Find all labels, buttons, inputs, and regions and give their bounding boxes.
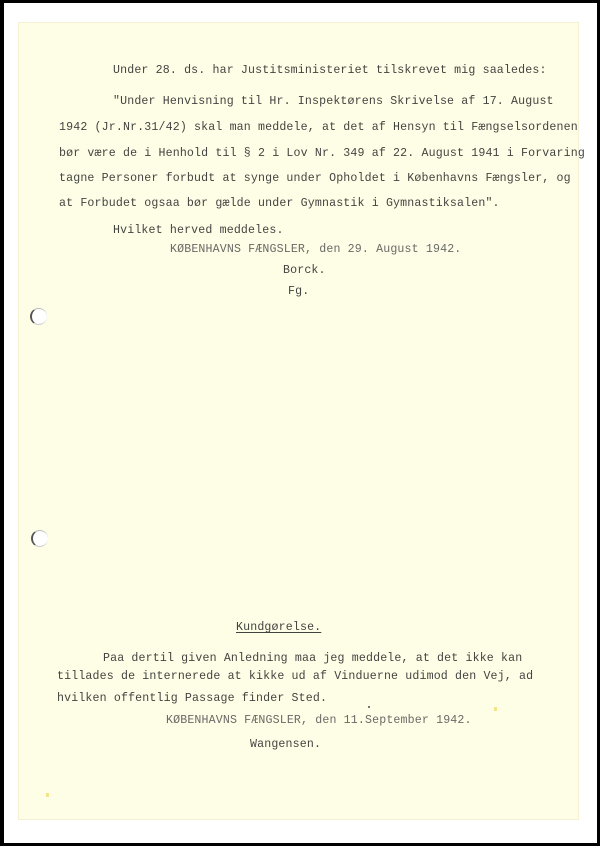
notice-heading: Kundgørelse. (236, 621, 321, 634)
signature: Borck. (283, 264, 326, 277)
initials: Fg. (288, 285, 309, 298)
stain-speck (46, 793, 49, 797)
quote-line: 1942 (Jr.Nr.31/42) skal man meddele, at … (59, 121, 578, 134)
punch-hole-icon (31, 530, 48, 547)
quote-line: "Under Henvisning til Hr. Inspektørens S… (113, 95, 554, 108)
quote-line: bør være de i Henhold til § 2 i Lov Nr. … (59, 147, 585, 160)
punch-hole-icon (30, 308, 47, 325)
signature: Wangensen. (250, 738, 321, 751)
place-date-line: KØBENHAVNS FÆNGSLER, den 11.September 19… (166, 714, 472, 727)
ink-speck (368, 706, 370, 708)
body-line: Paa dertil given Anledning maa jeg medde… (103, 652, 522, 665)
quote-line: at Forbudet ogsaa bør gælde under Gymnas… (59, 197, 500, 210)
body-line: tillades de internerede at kikke ud af V… (57, 670, 533, 683)
place-date-line: KØBENHAVNS FÆNGSLER, den 29. August 1942… (170, 243, 461, 256)
quote-line: tagne Personer forbudt at synge under Op… (59, 172, 571, 185)
stain-speck (494, 707, 497, 711)
intro-line: Under 28. ds. har Justitsministeriet til… (113, 64, 547, 77)
body-line: hvilken offentlig Passage finder Sted. (57, 692, 327, 705)
closing-line: Hvilket herved meddeles. (113, 224, 284, 237)
